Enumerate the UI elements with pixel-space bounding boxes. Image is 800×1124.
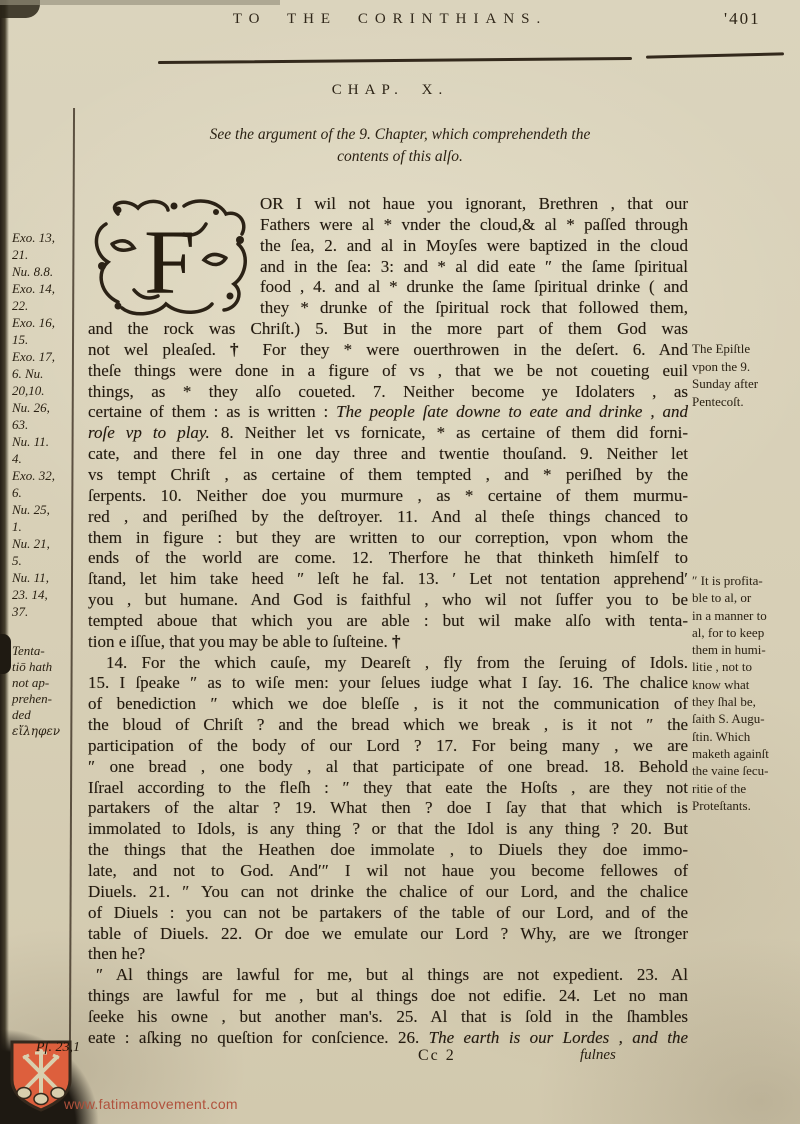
text-line: the bloud of Chriſt ? and the bread whic… bbox=[88, 715, 688, 736]
text-line: table of Diuels. 22. Or doe we emulate o… bbox=[88, 924, 688, 945]
page-number: '401 bbox=[724, 9, 761, 29]
text-line: ends of the world are come. 12. Therfore… bbox=[88, 548, 688, 569]
text-line: the things that the Heathen doe immolate… bbox=[88, 840, 688, 861]
text-line: Diuels. 21. ″ You can not drinke the cha… bbox=[88, 882, 688, 903]
text-line: ″ Al things are lawful for me, but al th… bbox=[88, 965, 688, 986]
text-line: tion e iſſue, that you may be able to ſu… bbox=[88, 632, 688, 653]
margin-note-line: ſaith S. Augu- bbox=[692, 710, 798, 727]
margin-note-line: ble to al, or bbox=[692, 589, 798, 606]
text-line: OR I wil not haue you ignorant, Brethren… bbox=[260, 194, 688, 215]
margin-note-line: Nu. 21, bbox=[12, 535, 70, 552]
text-line: then he? bbox=[88, 944, 688, 965]
text-line: tempted aboue that which you are able : … bbox=[88, 611, 688, 632]
text-line: certaine of them : as is written : The p… bbox=[88, 402, 688, 423]
signature-mark: Cc 2 bbox=[418, 1047, 456, 1065]
margin-note-line: ſtin. Which bbox=[692, 728, 798, 745]
margin-note-line: Exo. 14, bbox=[12, 280, 70, 297]
margin-note-line: Sunday after bbox=[692, 375, 796, 393]
text-line: they * drunke of the ſpiritual rock that… bbox=[260, 298, 688, 319]
margin-note-line: know what bbox=[692, 676, 798, 693]
margin-note-line: 21. bbox=[12, 246, 70, 263]
text-line: things are lawful for me , but al things… bbox=[88, 986, 688, 1007]
margin-note-line: 15. bbox=[12, 331, 70, 348]
text-line: partakers of the altar ? 19. What then ?… bbox=[88, 798, 688, 819]
left-margin-note: Tenta-tiō hathnot ap-prehen-dedεἴληφεν bbox=[12, 643, 70, 739]
margin-note-line: 1. bbox=[12, 518, 70, 535]
psalm-ref: Pſ. 23,1 bbox=[36, 1040, 80, 1056]
margin-note-line: 37. bbox=[12, 603, 70, 620]
scan-edge-blob bbox=[0, 634, 11, 674]
page-scan: { "page": { "header_title": "TO THE CORI… bbox=[0, 0, 800, 1124]
margin-note-line: 6. Nu. bbox=[12, 365, 70, 382]
chapter-argument: See the argument of the 9. Chapter, whic… bbox=[120, 124, 680, 168]
margin-note-line: Nu. 11. bbox=[12, 433, 70, 450]
text-line: participation of the body of our Lord ? … bbox=[88, 736, 688, 757]
margin-note-line: they ſhal be, bbox=[692, 693, 798, 710]
text-line: ſerpents. 10. Neither doe you murmure , … bbox=[88, 486, 688, 507]
text-line: vs tempt Chriſt , as certaine of them te… bbox=[88, 465, 688, 486]
margin-note-line: al, for to keep bbox=[692, 624, 798, 641]
margin-note-line: Proteſtants. bbox=[692, 797, 798, 814]
margin-note-line: them in humi- bbox=[692, 641, 798, 658]
text-line: late, and not to God. And′″ I wil not ha… bbox=[88, 861, 688, 882]
text-line: you , but humane. And God is faithful , … bbox=[88, 590, 688, 611]
margin-note-line: 22. bbox=[12, 297, 70, 314]
text-line: food , 4. and al * drunke the ſame ſpiri… bbox=[260, 277, 688, 298]
margin-note-line: ″ It is profita- bbox=[692, 572, 798, 589]
margin-note-line: the vaine ſecu- bbox=[692, 762, 798, 779]
catchword: fulnes bbox=[580, 1047, 616, 1064]
margin-note-line: ritie of the bbox=[692, 780, 798, 797]
margin-note-line: Nu. 26, bbox=[12, 399, 70, 416]
margin-note-line: Exo. 16, bbox=[12, 314, 70, 331]
margin-note-line: Tenta- bbox=[12, 643, 70, 659]
text-line: ſeeke his owne , but another man's. 25. … bbox=[88, 1007, 688, 1028]
margin-note-line: Nu. 25, bbox=[12, 501, 70, 518]
text-line: Fathers were al * vnder the cloud,& al *… bbox=[260, 215, 688, 236]
body-text: OR I wil not haue you ignorant, Brethren… bbox=[88, 194, 688, 1049]
running-head: TO THE CORINTHIANS. bbox=[110, 11, 670, 28]
margin-note-line: Exo. 13, bbox=[12, 229, 70, 246]
text-line: roſe vp to play. 8. Neither let vs forni… bbox=[88, 423, 688, 444]
text-line: and in the ſea: 3: and * al did eate ″ t… bbox=[260, 257, 688, 278]
text-line: Iſrael according to the fleſh : ″ they t… bbox=[88, 778, 688, 799]
header-rule-right bbox=[646, 52, 784, 58]
text-line: of benediction ″ which we doe bleſſe , i… bbox=[88, 694, 688, 715]
margin-note-line: Exo. 17, bbox=[12, 348, 70, 365]
argument-line: contents of this alſo. bbox=[120, 146, 680, 168]
margin-note-line: Nu. 8.8. bbox=[12, 263, 70, 280]
text-line: 14. For the which cauſe, my Deareſt , fl… bbox=[88, 653, 688, 674]
margin-note-line: tiō hath bbox=[12, 659, 70, 675]
margin-note-line: 6. bbox=[12, 484, 70, 501]
text-line: ″ one bread , one body , al that partici… bbox=[88, 757, 688, 778]
margin-note-line: Nu. 11, bbox=[12, 569, 70, 586]
left-margin-refs: Exo. 13,21.Nu. 8.8.Exo. 14,22.Exo. 16,15… bbox=[12, 229, 70, 620]
margin-note-line: 23. 14, bbox=[12, 586, 70, 603]
right-margin-note-2: ″ It is profita-ble to al, orin a manner… bbox=[692, 572, 798, 814]
text-line: theſe things were done in a figure of vs… bbox=[88, 361, 688, 382]
text-line: of Diuels : you can not be partakers of … bbox=[88, 903, 688, 924]
margin-note-line: 4. bbox=[12, 450, 70, 467]
margin-note-line: The Epiſtle bbox=[692, 340, 796, 358]
signature-line: Cc 2 fulnes bbox=[88, 1047, 688, 1069]
margin-note-line: litie , not to bbox=[692, 658, 798, 675]
argument-line: See the argument of the 9. Chapter, whic… bbox=[120, 124, 680, 146]
text-line: red , and periſhed by the deſtroyer. 11.… bbox=[88, 507, 688, 528]
margin-note-line: 63. bbox=[12, 416, 70, 433]
text-line: eate : aſking no queſtion for conſcience… bbox=[88, 1028, 688, 1049]
margin-note-line: maketh againſt bbox=[692, 745, 798, 762]
text-line: cate, and there fel in one day three and… bbox=[88, 444, 688, 465]
margin-note-line: not ap- bbox=[12, 675, 70, 691]
margin-note-line: 20,10. bbox=[12, 382, 70, 399]
margin-note-line: εἴληφεν bbox=[12, 723, 70, 739]
text-line: ſtand, let him take heed ″ leſt he fal. … bbox=[88, 569, 688, 590]
watermark-url: www.fatimamovement.com bbox=[64, 1096, 238, 1112]
text-line: the ſea, 2. and al in Moyſes were baptiz… bbox=[260, 236, 688, 257]
right-margin-note-1: The Epiſtlevpon the 9.Sunday afterPentec… bbox=[692, 340, 796, 410]
margin-note-line: in a manner to bbox=[692, 607, 798, 624]
header-rule-left bbox=[158, 57, 632, 64]
margin-note-line: Exo. 32, bbox=[12, 467, 70, 484]
margin-note-line: Pentecoſt. bbox=[692, 393, 796, 411]
text-line: not wel pleaſed. † For they * were ouert… bbox=[88, 340, 688, 361]
text-line: and the rock was Chriſt.) 5. But in the … bbox=[88, 319, 688, 340]
text-line: 15. I ſpeake ″ as to wiſe men: your ſelu… bbox=[88, 673, 688, 694]
text-line: immolated to Idols, is any thing ? or th… bbox=[88, 819, 688, 840]
margin-note-line: 5. bbox=[12, 552, 70, 569]
chapter-heading: CHAP. X. bbox=[110, 82, 670, 99]
scan-edge-topstrip bbox=[0, 0, 280, 5]
margin-note-line: vpon the 9. bbox=[692, 358, 796, 376]
text-line: them in figure : but they are written to… bbox=[88, 528, 688, 549]
scan-edge-left bbox=[0, 0, 9, 1124]
margin-note-line: ded bbox=[12, 707, 70, 723]
margin-note-line: prehen- bbox=[12, 691, 70, 707]
text-line: things, as * they alſo coueted. 7. Neith… bbox=[88, 382, 688, 403]
